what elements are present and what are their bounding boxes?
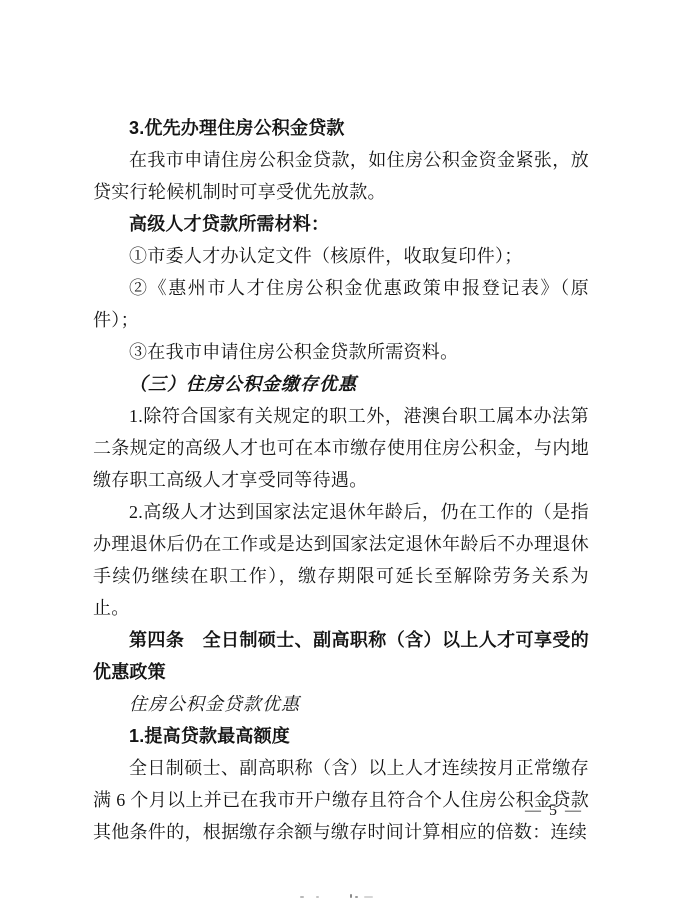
- list-item-3: ③在我市申请住房公积金贷款所需资料。: [93, 336, 589, 368]
- list-item-1: ①市委人才办认定文件（核原件，收取复印件）；: [93, 240, 589, 272]
- page-content: 3.优先办理住房公积金贷款 在我市申请住房公积金贷款，如住房公积金资金紧张，放贷…: [93, 112, 589, 848]
- list-item-2: ②《惠州市人才住房公积金优惠政策申报登记表》（原件）；: [93, 272, 589, 336]
- scan-artifact: [364, 896, 373, 898]
- heading-section-3-deposit: （三）住房公积金缴存优惠: [93, 368, 589, 400]
- para-deposit-1: 1.除符合国家有关规定的职工外，港澳台职工属本办法第二条规定的高级人才也可在本市…: [93, 400, 589, 496]
- scan-artifact: [316, 896, 319, 898]
- para-loan-multiple: 全日制硕士、副高职称（含）以上人才连续按月正常缴存满 6 个月以上并已在我市开户…: [93, 752, 589, 848]
- scan-artifact: [300, 896, 304, 898]
- document-page: 3.优先办理住房公积金贷款 在我市申请住房公积金贷款，如住房公积金资金紧张，放贷…: [0, 0, 680, 900]
- heading-article-4: 第四条 全日制硕士、副高职称（含）以上人才可享受的优惠政策: [93, 624, 589, 688]
- scan-artifact: [355, 896, 358, 898]
- heading-required-materials: 高级人才贷款所需材料：: [93, 208, 589, 240]
- heading-priority-loan: 3.优先办理住房公积金贷款: [93, 112, 589, 144]
- heading-raise-loan-limit: 1.提高贷款最高额度: [93, 720, 589, 752]
- subheading-loan-benefit: 住房公积金贷款优惠: [93, 688, 589, 720]
- scan-artifact: [350, 894, 352, 898]
- para-deposit-2: 2.高级人才达到国家法定退休年龄后，仍在工作的（是指办理退休后仍在工作或是达到国…: [93, 496, 589, 624]
- page-number: — 5 —: [525, 802, 583, 820]
- para-loan-queue: 在我市申请住房公积金贷款，如住房公积金资金紧张，放贷实行轮候机制时可享受优先放款…: [93, 144, 589, 208]
